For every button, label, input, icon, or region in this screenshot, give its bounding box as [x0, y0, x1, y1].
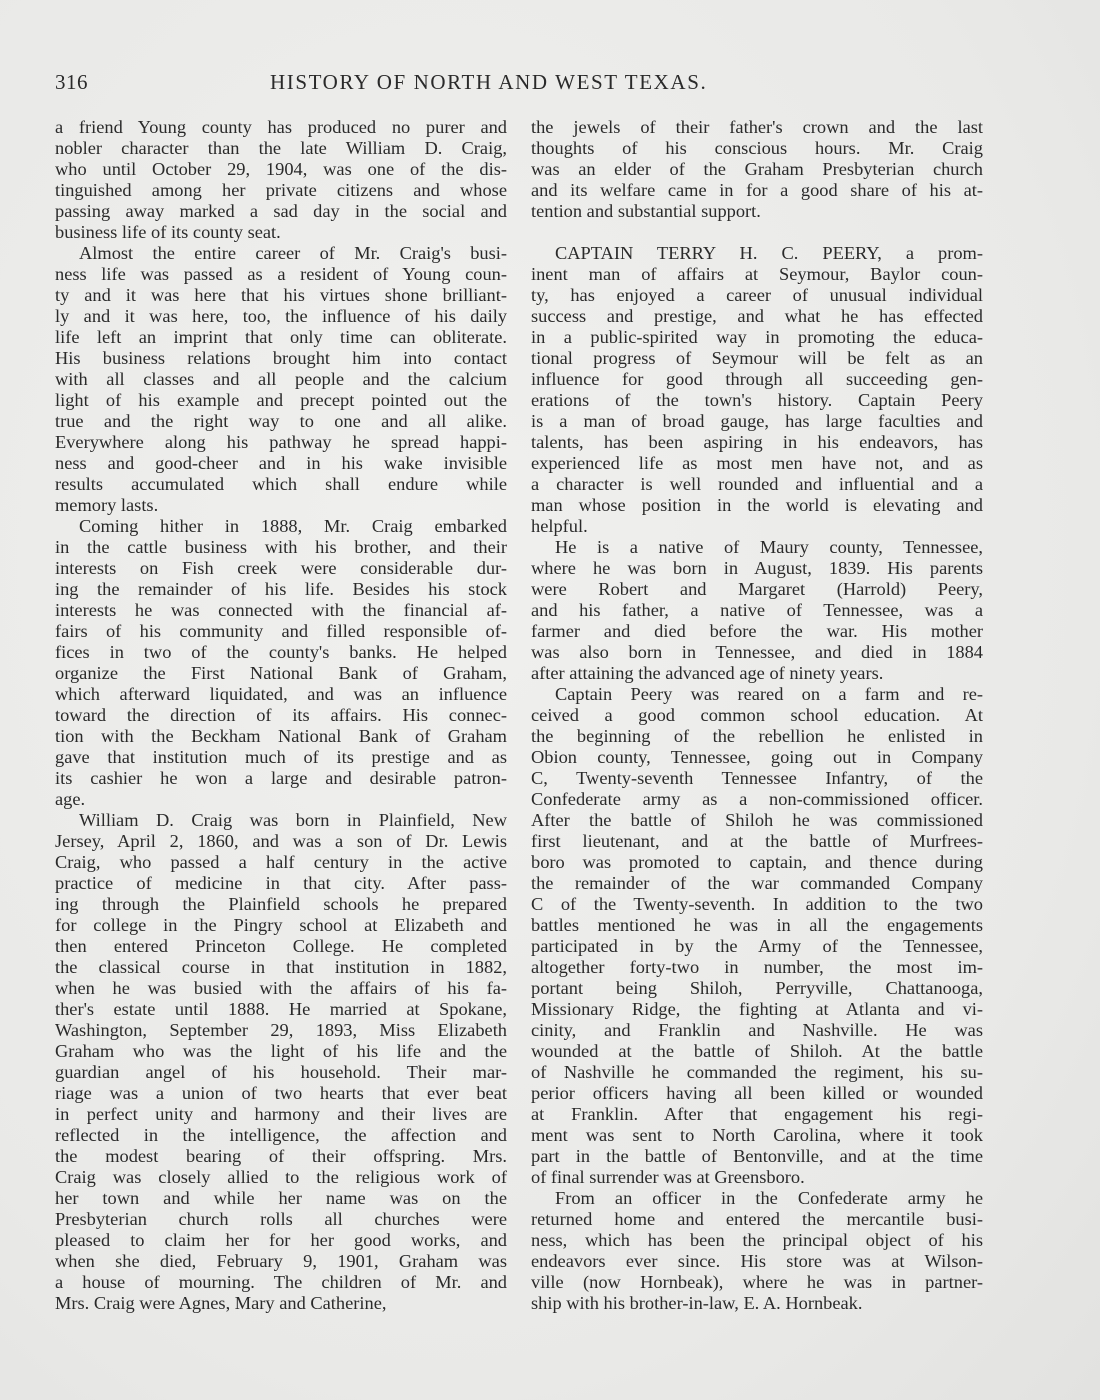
text-line: guardian angel of his household. Their m…: [55, 1062, 507, 1083]
text-line: Washington, September 29, 1893, Miss Eli…: [55, 1020, 507, 1041]
text-line: Obion county, Tennessee, going out in Co…: [531, 747, 983, 768]
book-page: 316 HISTORY OF NORTH AND WEST TEXAS. a f…: [0, 0, 1100, 1400]
paragraph: William D. Craig was born in Plainfield,…: [55, 810, 507, 1314]
text-line: experienced life as most men have not, a…: [531, 453, 983, 474]
text-line: results accumulated which shall endure w…: [55, 474, 507, 495]
text-line: After the battle of Shiloh he was commis…: [531, 810, 983, 831]
text-line: was an elder of the Graham Presbyterian …: [531, 159, 983, 180]
text-line: inent man of affairs at Seymour, Baylor …: [531, 264, 983, 285]
text-line: From an officer in the Confederate army …: [531, 1188, 983, 1209]
text-line: the classical course in that institution…: [55, 957, 507, 978]
text-line: gave that institution much of its presti…: [55, 747, 507, 768]
text-line: which afterward liquidated, and was an i…: [55, 684, 507, 705]
text-line: at Franklin. After that engagement his r…: [531, 1104, 983, 1125]
text-line: talents, has been aspiring in his endeav…: [531, 432, 983, 453]
text-line: returned home and entered the mercantile…: [531, 1209, 983, 1230]
text-line: man whose position in the world is eleva…: [531, 495, 983, 516]
text-line: then entered Princeton College. He compl…: [55, 936, 507, 957]
text-line: who until October 29, 1904, was one of t…: [55, 159, 507, 180]
text-line: part in the battle of Bentonville, and a…: [531, 1146, 983, 1167]
text-line: ness life was passed as a resident of Yo…: [55, 264, 507, 285]
text-line: His business relations brought him into …: [55, 348, 507, 369]
text-line: Graham who was the light of his life and…: [55, 1041, 507, 1062]
text-line: riage was a union of two hearts that eve…: [55, 1083, 507, 1104]
text-line: of Nashville he commanded the regiment, …: [531, 1062, 983, 1083]
text-line: tional progress of Seymour will be felt …: [531, 348, 983, 369]
text-line: Jersey, April 2, 1860, and was a son of …: [55, 831, 507, 852]
text-line: passing away marked a sad day in the soc…: [55, 201, 507, 222]
text-line: CAPTAIN TERRY H. C. PEERY, a prom-: [531, 243, 983, 264]
text-line: fairs of his community and filled respon…: [55, 621, 507, 642]
text-line: Captain Peery was reared on a farm and r…: [531, 684, 983, 705]
text-line: after attaining the advanced age of nine…: [531, 663, 983, 684]
text-line: Missionary Ridge, the fighting at Atlant…: [531, 999, 983, 1020]
text-line: C of the Twenty-seventh. In addition to …: [531, 894, 983, 915]
text-line: ly and it was here, too, the influence o…: [55, 306, 507, 327]
text-line: ship with his brother-in-law, E. A. Horn…: [531, 1293, 983, 1314]
text-line: portant being Shiloh, Perryville, Chatta…: [531, 978, 983, 999]
text-line: the remainder of the war commanded Compa…: [531, 873, 983, 894]
text-line: business life of its county seat.: [55, 222, 507, 243]
left-column: a friend Young county has produced no pu…: [55, 117, 507, 1314]
text-line: a friend Young county has produced no pu…: [55, 117, 507, 138]
text-line: farmer and died before the war. His moth…: [531, 621, 983, 642]
text-line: in the cattle business with his brother,…: [55, 537, 507, 558]
text-line: where he was born in August, 1839. His p…: [531, 558, 983, 579]
text-line: helpful.: [531, 516, 983, 537]
text-line: ville (now Hornbeak), where he was in pa…: [531, 1272, 983, 1293]
text-line: toward the direction of its affairs. His…: [55, 705, 507, 726]
text-line: and its welfare came in for a good share…: [531, 180, 983, 201]
paragraph: a friend Young county has produced no pu…: [55, 117, 507, 243]
text-line: ther's estate until 1888. He married at …: [55, 999, 507, 1020]
paragraph: From an officer in the Confederate army …: [531, 1188, 983, 1314]
text-line: were Robert and Margaret (Harrold) Peery…: [531, 579, 983, 600]
text-line: Coming hither in 1888, Mr. Craig embarke…: [55, 516, 507, 537]
text-line: in perfect unity and harmony and their l…: [55, 1104, 507, 1125]
text-line: true and the right way to one and all al…: [55, 411, 507, 432]
text-line: Craig was closely allied to the religiou…: [55, 1167, 507, 1188]
text-line: participated in by the Army of the Tenne…: [531, 936, 983, 957]
text-line: Presbyterian church rolls all churches w…: [55, 1209, 507, 1230]
text-line: ceived a good common school education. A…: [531, 705, 983, 726]
text-line: a house of mourning. The children of Mr.…: [55, 1272, 507, 1293]
text-line: thoughts of his conscious hours. Mr. Cra…: [531, 138, 983, 159]
text-line: wounded at the battle of Shiloh. At the …: [531, 1041, 983, 1062]
text-line: ness and good-cheer and in his wake invi…: [55, 453, 507, 474]
paragraph: CAPTAIN TERRY H. C. PEERY, a prom-inent …: [531, 243, 983, 537]
text-line: endeavors ever since. His store was at W…: [531, 1251, 983, 1272]
text-line: altogether forty-two in number, the most…: [531, 957, 983, 978]
text-line: tion with the Beckham National Bank of G…: [55, 726, 507, 747]
text-line: influence for good through all succeedin…: [531, 369, 983, 390]
text-line: its cashier he won a large and desirable…: [55, 768, 507, 789]
running-title: HISTORY OF NORTH AND WEST TEXAS.: [270, 70, 707, 95]
text-line: He is a native of Maury county, Tennesse…: [531, 537, 983, 558]
text-line: age.: [55, 789, 507, 810]
text-line: first lieutenant, and at the battle of M…: [531, 831, 983, 852]
text-line: Mrs. Craig were Agnes, Mary and Catherin…: [55, 1293, 507, 1314]
text-line: the jewels of their father's crown and t…: [531, 117, 983, 138]
text-line: light of his example and precept pointed…: [55, 390, 507, 411]
text-line: perior officers having all been killed o…: [531, 1083, 983, 1104]
text-line: ness, which has been the principal objec…: [531, 1230, 983, 1251]
text-line: Everywhere along his pathway he spread h…: [55, 432, 507, 453]
text-line: cinity, and Franklin and Nashville. He w…: [531, 1020, 983, 1041]
text-line: with all classes and all people and the …: [55, 369, 507, 390]
text-line: Almost the entire career of Mr. Craig's …: [55, 243, 507, 264]
text-line: the beginning of the rebellion he enlist…: [531, 726, 983, 747]
text-line: when he was busied with the affairs of h…: [55, 978, 507, 999]
text-line: tinguished among her private citizens an…: [55, 180, 507, 201]
text-line: when she died, February 9, 1901, Graham …: [55, 1251, 507, 1272]
page-number: 316: [55, 70, 88, 95]
text-line: success and prestige, and what he has ef…: [531, 306, 983, 327]
text-line: pleased to claim her for her good works,…: [55, 1230, 507, 1251]
text-line: Craig, who passed a half century in the …: [55, 852, 507, 873]
text-line: ty and it was here that his virtues shon…: [55, 285, 507, 306]
text-line: her town and while her name was on the: [55, 1188, 507, 1209]
text-line: interests on Fish creek were considerabl…: [55, 558, 507, 579]
paragraph: Coming hither in 1888, Mr. Craig embarke…: [55, 516, 507, 810]
right-column: the jewels of their father's crown and t…: [531, 117, 983, 1314]
text-line: memory lasts.: [55, 495, 507, 516]
text-line: and his father, a native of Tennessee, w…: [531, 600, 983, 621]
text-line: ing the remainder of his life. Besides h…: [55, 579, 507, 600]
text-line: of final surrender was at Greensboro.: [531, 1167, 983, 1188]
paragraph: He is a native of Maury county, Tennesse…: [531, 537, 983, 684]
running-head: 316 HISTORY OF NORTH AND WEST TEXAS.: [55, 70, 983, 100]
text-line: the modest bearing of their offspring. M…: [55, 1146, 507, 1167]
text-line: boro was promoted to captain, and thence…: [531, 852, 983, 873]
text-line: organize the First National Bank of Grah…: [55, 663, 507, 684]
text-line: life left an imprint that only time can …: [55, 327, 507, 348]
paragraph: the jewels of their father's crown and t…: [531, 117, 983, 222]
text-line: in a public-spirited way in promoting th…: [531, 327, 983, 348]
text-line: nobler character than the late William D…: [55, 138, 507, 159]
text-line: William D. Craig was born in Plainfield,…: [55, 810, 507, 831]
text-line: battles mentioned he was in all the enga…: [531, 915, 983, 936]
text-line: ment was sent to North Carolina, where i…: [531, 1125, 983, 1146]
paragraph: Almost the entire career of Mr. Craig's …: [55, 243, 507, 516]
text-line: tention and substantial support.: [531, 201, 983, 222]
text-line: is a man of broad gauge, has large facul…: [531, 411, 983, 432]
text-line: reflected in the intelligence, the affec…: [55, 1125, 507, 1146]
text-line: C, Twenty-seventh Tennessee Infantry, of…: [531, 768, 983, 789]
text-line: interests he was connected with the fina…: [55, 600, 507, 621]
text-line: ing through the Plainfield schools he pr…: [55, 894, 507, 915]
paragraph: Captain Peery was reared on a farm and r…: [531, 684, 983, 1188]
text-line: a character is well rounded and influent…: [531, 474, 983, 495]
text-line: practice of medicine in that city. After…: [55, 873, 507, 894]
text-line: erations of the town's history. Captain …: [531, 390, 983, 411]
text-line: ty, has enjoyed a career of unusual indi…: [531, 285, 983, 306]
text-line: fices in two of the county's banks. He h…: [55, 642, 507, 663]
text-line: was also born in Tennessee, and died in …: [531, 642, 983, 663]
text-line: Confederate army as a non-commissioned o…: [531, 789, 983, 810]
text-line: for college in the Pingry school at Eliz…: [55, 915, 507, 936]
